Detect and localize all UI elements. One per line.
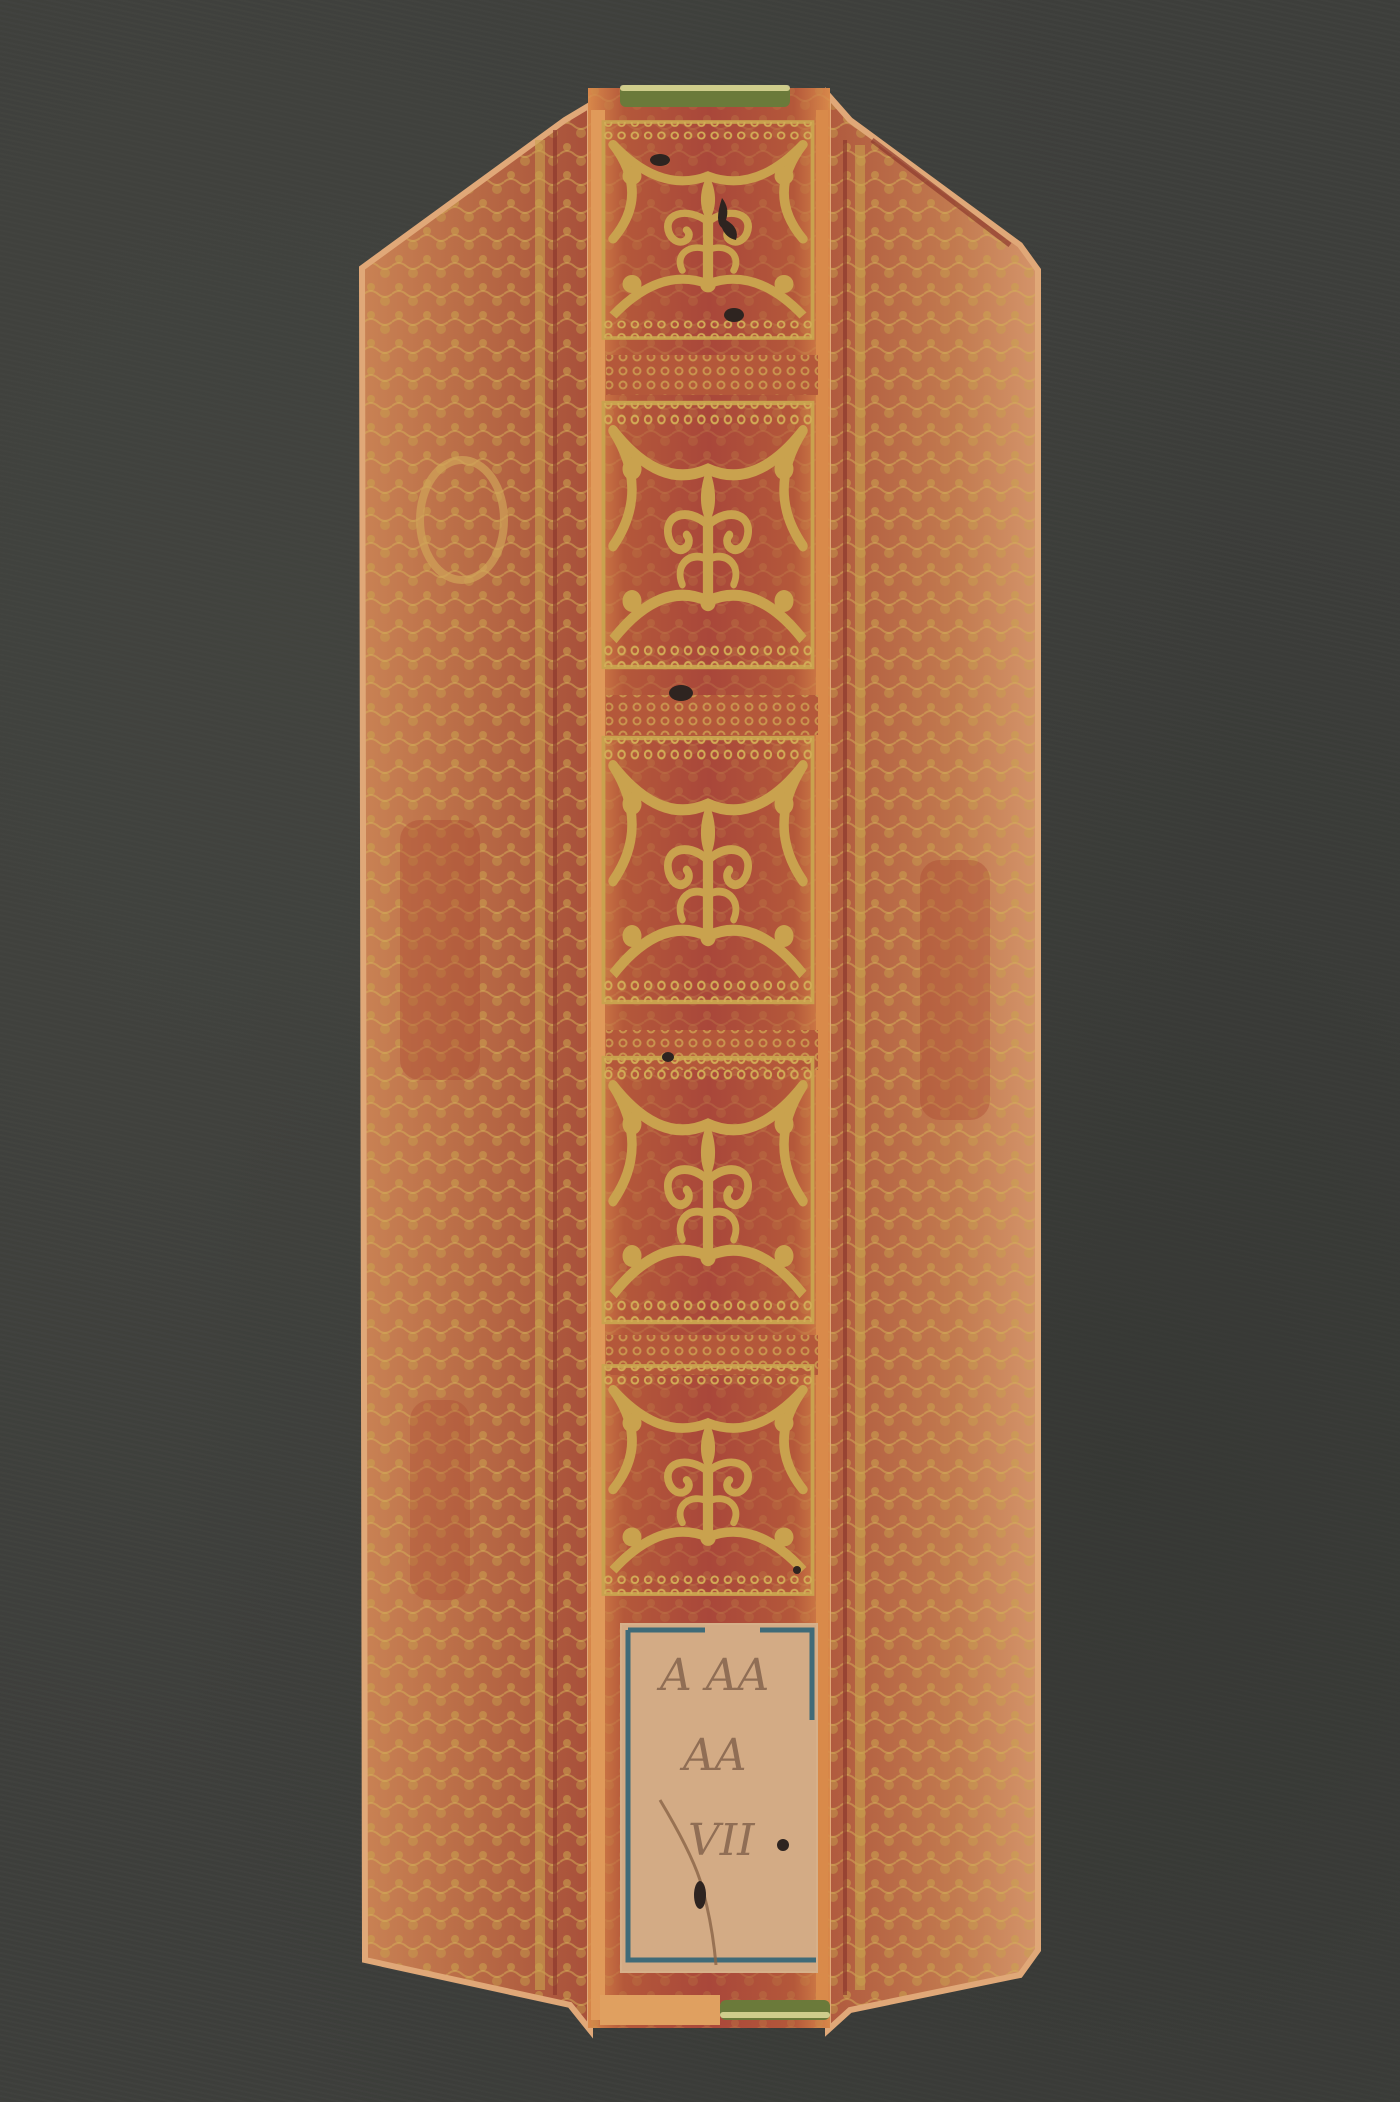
spine-label: A AA AA VII: [620, 1623, 818, 1973]
book-illustration: A AA AA VII: [0, 0, 1400, 2102]
left-board: [362, 105, 590, 2030]
right-board: [828, 95, 1038, 2030]
label-line-2: AA: [679, 1730, 747, 1781]
spine-raised-band: [606, 355, 818, 395]
label-line-3: VII: [688, 1815, 756, 1866]
label-line-1: A AA: [656, 1650, 769, 1701]
spine-raised-band: [606, 695, 818, 735]
spine: A AA AA VII: [588, 85, 830, 2028]
book: A AA AA VII: [0, 0, 1400, 2102]
